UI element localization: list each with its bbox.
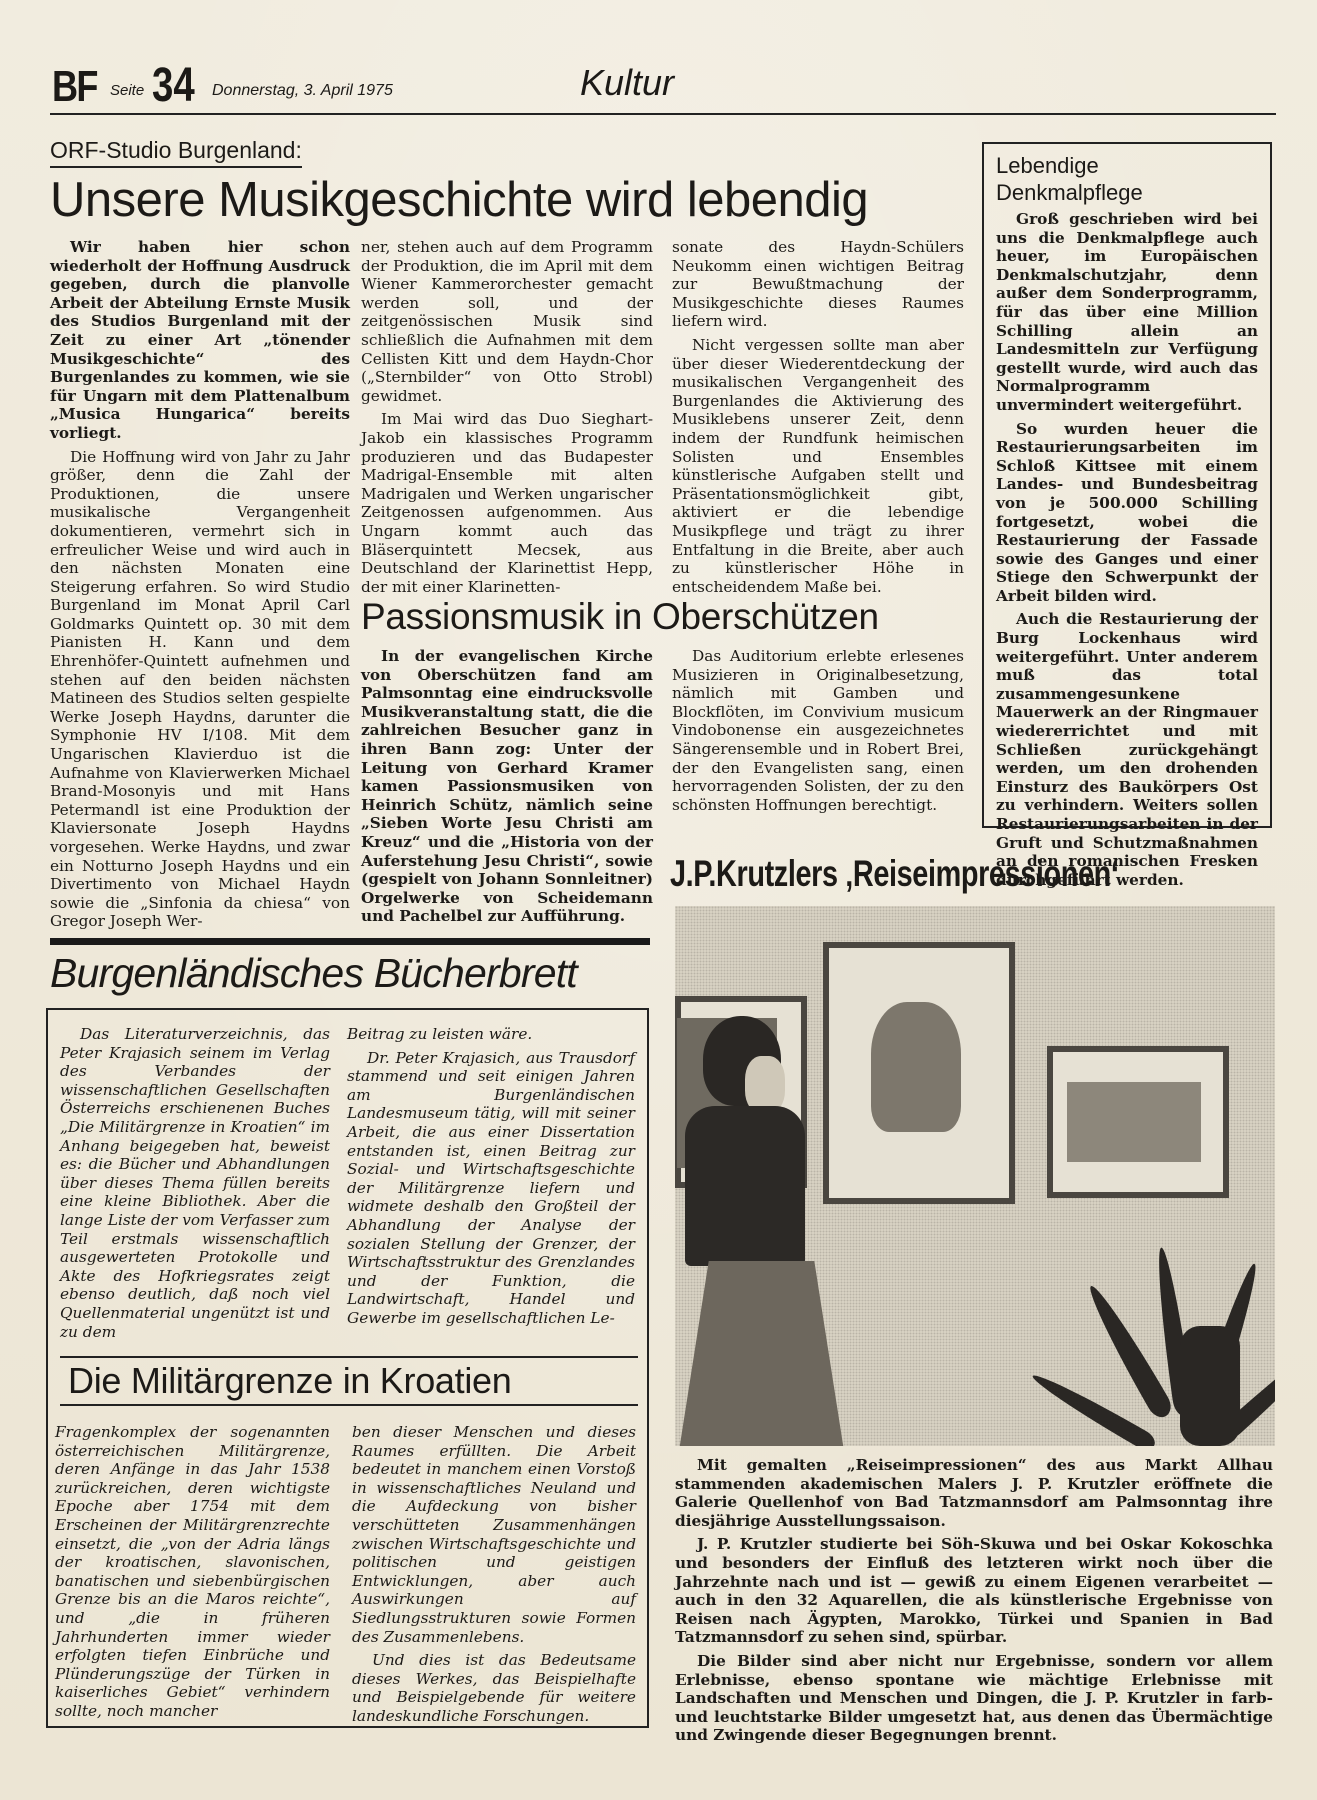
landscape-painting bbox=[1067, 1082, 1201, 1162]
section-title: Kultur bbox=[580, 62, 674, 104]
paper-logo: BF bbox=[52, 62, 97, 112]
militaergrenze-headline: Die Militärgrenze in Kroatien bbox=[68, 1360, 512, 1402]
buecher-column-4: ben dieser Menschen und dieses Raumes er… bbox=[352, 1423, 636, 1726]
section-heavy-rule bbox=[50, 938, 650, 945]
musik-column-2: ner, stehen auch auf dem Programm der Pr… bbox=[361, 238, 653, 596]
buecher-paragraph: Und dies ist das Bedeutsame dieses Werke… bbox=[352, 1651, 636, 1725]
sidebar-paragraph: So wurden heuer die Restaurierungsarbeit… bbox=[996, 420, 1258, 606]
sidebar-paragraph: Auch die Restaurierung der Burg Lockenha… bbox=[996, 610, 1258, 889]
musik-lead: Wir haben hier schon wiederholt der Hoff… bbox=[50, 238, 350, 443]
krutzler-headline: J.P.Krutzlers ‚Reiseimpressionen‘ bbox=[670, 853, 1119, 895]
buecher-column-2: Beitrag zu leisten wäre. Dr. Peter Kraja… bbox=[347, 1025, 635, 1328]
main-headline: Unsere Musikgeschichte wird lebendig bbox=[50, 172, 868, 228]
page-number: 34 bbox=[152, 58, 195, 113]
plant-pot-foliage bbox=[1180, 1326, 1240, 1446]
sidebar-paragraph: Groß geschrieben wird bei uns die Denkma… bbox=[996, 210, 1258, 415]
sidebar-title-line: Denkmalpflege bbox=[996, 179, 1258, 206]
musik-paragraph: ner, stehen auch auf dem Programm der Pr… bbox=[361, 238, 653, 405]
musik-paragraph: Die Hoffnung wird von Jahr zu Jahr größe… bbox=[50, 448, 350, 931]
krutzler-paragraph: Die Bilder sind aber nicht nur Ergebniss… bbox=[675, 1652, 1273, 1745]
musik-column-1: Wir haben hier schon wiederholt der Hoff… bbox=[50, 238, 350, 931]
person-sweater bbox=[685, 1106, 805, 1266]
gallery-photo bbox=[675, 906, 1275, 1446]
issue-date: Donnerstag, 3. April 1975 bbox=[212, 82, 393, 100]
passion-headline: Passionsmusik in Oberschützen bbox=[361, 596, 879, 638]
buecher-paragraph: Das Literaturverzeichnis, das Peter Kraj… bbox=[60, 1025, 330, 1341]
flower-painting bbox=[871, 1002, 961, 1132]
buecher-column-3: Fragenkomplex der sogenannten österreich… bbox=[55, 1423, 330, 1721]
buecher-paragraph: Beitrag zu leisten wäre. bbox=[347, 1025, 635, 1044]
passion-paragraph: Das Auditorium erlebte erlesenes Musizie… bbox=[672, 647, 964, 814]
subhead-rule-top bbox=[60, 1356, 638, 1358]
passion-paragraph: In der evangelischen Kirche von Oberschü… bbox=[361, 647, 653, 926]
musik-column-3: sonate des Haydn-Schülers Neukomm einen … bbox=[672, 238, 964, 596]
sidebar-body: Groß geschrieben wird bei uns die Denkma… bbox=[996, 210, 1258, 889]
buecherbrett-heading: Burgenländisches Bücherbrett bbox=[50, 950, 577, 997]
sidebar-title: Lebendige Denkmalpflege bbox=[996, 152, 1258, 206]
krutzler-text: Mit gemalten „Reiseimpressionen“ des aus… bbox=[675, 1456, 1273, 1745]
krutzler-paragraph: Mit gemalten „Reiseimpressionen“ des aus… bbox=[675, 1456, 1273, 1530]
musik-paragraph: Nicht vergessen sollte man aber über die… bbox=[672, 336, 964, 596]
buecher-column-1: Das Literaturverzeichnis, das Peter Kraj… bbox=[60, 1025, 330, 1341]
musik-paragraph: sonate des Haydn-Schülers Neukomm einen … bbox=[672, 238, 964, 331]
masthead-rule bbox=[50, 113, 1276, 115]
buecher-paragraph: Fragenkomplex der sogenannten österreich… bbox=[55, 1423, 330, 1721]
page-label: Seite bbox=[110, 82, 144, 99]
person-skirt bbox=[679, 1261, 844, 1446]
sidebar-title-line: Lebendige bbox=[996, 152, 1258, 179]
musik-paragraph: Im Mai wird das Duo Sieghart-Jakob ein k… bbox=[361, 410, 653, 596]
denkmalpflege-box: Lebendige Denkmalpflege Groß geschrieben… bbox=[982, 142, 1272, 828]
passion-column-2: Das Auditorium erlebte erlesenes Musizie… bbox=[672, 647, 964, 814]
article-kicker: ORF-Studio Burgenland: bbox=[50, 137, 302, 168]
subhead-rule-bottom bbox=[60, 1404, 638, 1406]
krutzler-paragraph: J. P. Krutzler studierte bei Söh-Skuwa u… bbox=[675, 1535, 1273, 1647]
buecher-paragraph: Dr. Peter Krajasich, aus Trausdorf stamm… bbox=[347, 1049, 635, 1328]
buecher-paragraph: ben dieser Menschen und dieses Raumes er… bbox=[352, 1423, 636, 1646]
passion-column-1: In der evangelischen Kirche von Oberschü… bbox=[361, 647, 653, 926]
